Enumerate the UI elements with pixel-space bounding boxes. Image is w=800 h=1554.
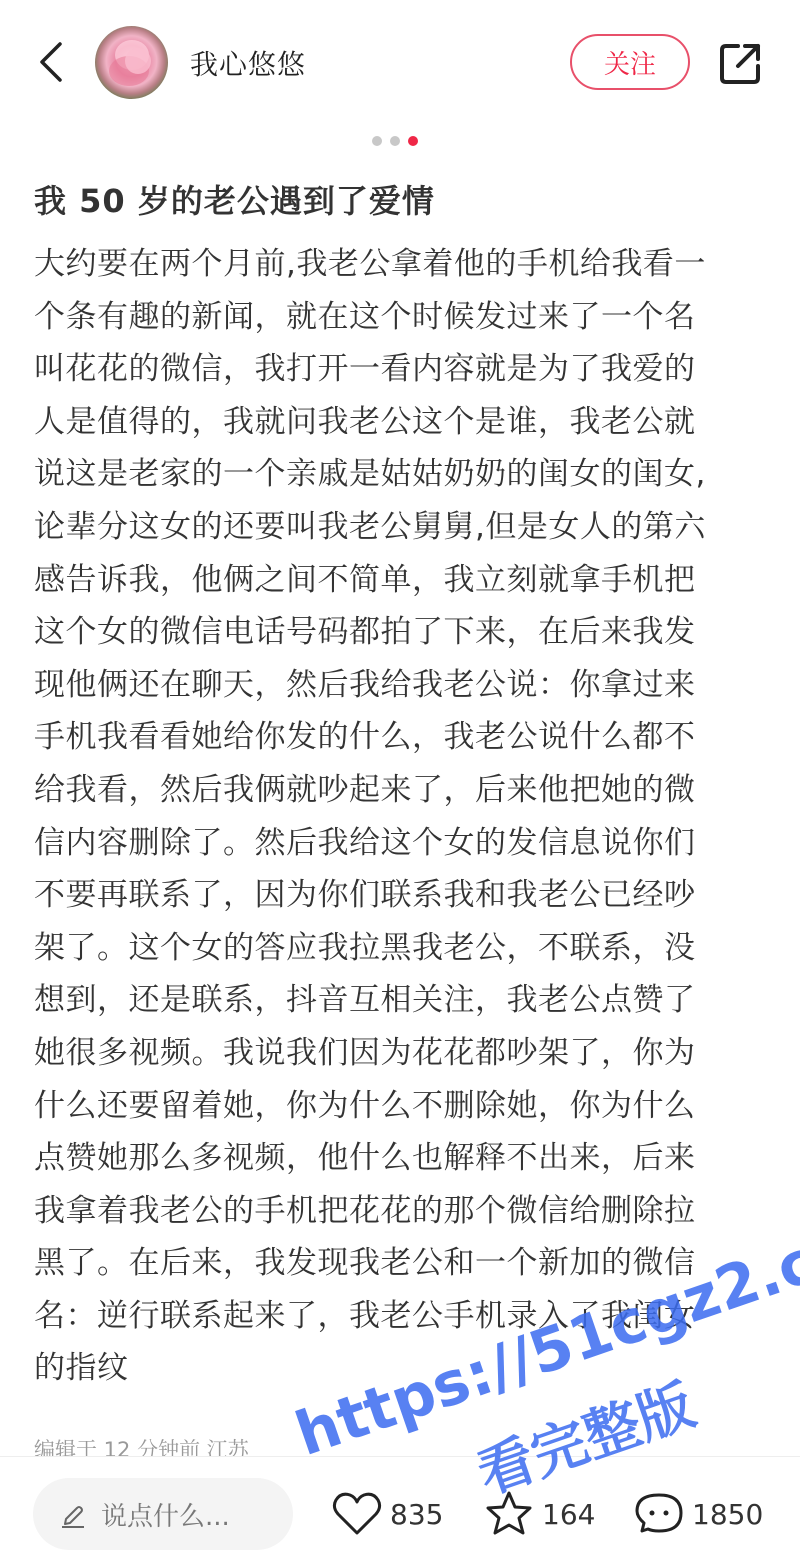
- body-line: 想到，还是联系，抖音互相关注，我老公点赞了: [34, 974, 754, 1027]
- body-line: 点赞她那么多视频，他什么也解释不出来，后来: [34, 1132, 754, 1185]
- body-line: 名：逆行联系起来了，我老公手机录入了我闺女: [34, 1290, 754, 1343]
- body-line: 她很多视频。我说我们因为花花都吵架了，你为: [34, 1027, 754, 1080]
- back-button[interactable]: [36, 40, 68, 84]
- star-icon: [482, 1487, 536, 1541]
- body-line: 感告诉我，他俩之间不简单，我立刻就拿手机把: [34, 554, 754, 607]
- like-count: 835: [390, 1498, 443, 1531]
- pencil-icon: [59, 1500, 87, 1528]
- like-button[interactable]: 835: [330, 1487, 443, 1541]
- chevron-left-icon: [36, 40, 68, 84]
- bottom-action-bar: 说点什么... 835 164 1850: [0, 1457, 800, 1554]
- body-line: 的指纹: [34, 1342, 754, 1395]
- body-line: 人是值得的，我就问我老公这个是谁，我老公就: [34, 396, 754, 449]
- follow-button[interactable]: 关注: [570, 34, 690, 90]
- post-title: 我 50 岁的老公遇到了爱情: [34, 176, 435, 222]
- carousel-indicator: [372, 136, 418, 146]
- body-line: 什么还要留着她，你为什么不删除她，你为什么: [34, 1080, 754, 1133]
- comment-count: 1850: [692, 1498, 763, 1531]
- comment-input[interactable]: 说点什么...: [33, 1478, 293, 1550]
- comment-bubble-icon: [632, 1487, 686, 1541]
- carousel-dot[interactable]: [390, 136, 400, 146]
- body-line: 现他俩还在聊天，然后我给我老公说：你拿过来: [34, 659, 754, 712]
- body-line: 说这是老家的一个亲戚是姑姑奶奶的闺女的闺女,: [34, 448, 754, 501]
- top-bar: 我心悠悠 关注: [0, 0, 800, 120]
- avatar[interactable]: [95, 26, 168, 99]
- body-line: 信内容删除了。然后我给这个女的发信息说你们: [34, 817, 754, 870]
- favorite-button[interactable]: 164: [482, 1487, 595, 1541]
- post-body: 大约要在两个月前,我老公拿着他的手机给我看一 个条有趣的新闻，就在这个时候发过来…: [34, 238, 754, 1395]
- body-line: 给我看，然后我俩就吵起来了，后来他把她的微: [34, 764, 754, 817]
- share-button[interactable]: [718, 40, 764, 86]
- comment-button[interactable]: 1850: [632, 1487, 763, 1541]
- carousel-dot[interactable]: [372, 136, 382, 146]
- body-line: 叫花花的微信，我打开一看内容就是为了我爱的: [34, 343, 754, 396]
- body-line: 我拿着我老公的手机把花花的那个微信给删除拉: [34, 1185, 754, 1238]
- favorite-count: 164: [542, 1498, 595, 1531]
- body-line: 论辈分这女的还要叫我老公舅舅,但是女人的第六: [34, 501, 754, 554]
- heart-icon: [330, 1487, 384, 1541]
- body-line: 这个女的微信电话号码都拍了下来，在后来我发: [34, 606, 754, 659]
- body-line: 架了。这个女的答应我拉黑我老公，不联系，没: [34, 922, 754, 975]
- comment-placeholder: 说点什么...: [101, 1496, 230, 1533]
- body-line: 个条有趣的新闻，就在这个时候发过来了一个名: [34, 291, 754, 344]
- body-line: 黑了。在后来，我发现我老公和一个新加的微信: [34, 1237, 754, 1290]
- share-external-icon: [718, 40, 764, 86]
- body-line: 手机我看看她给你发的什么，我老公说什么都不: [34, 711, 754, 764]
- body-line: 不要再联系了，因为你们联系我和我老公已经吵: [34, 869, 754, 922]
- carousel-dot-active[interactable]: [408, 136, 418, 146]
- body-line: 大约要在两个月前,我老公拿着他的手机给我看一: [34, 238, 754, 291]
- username[interactable]: 我心悠悠: [190, 43, 306, 83]
